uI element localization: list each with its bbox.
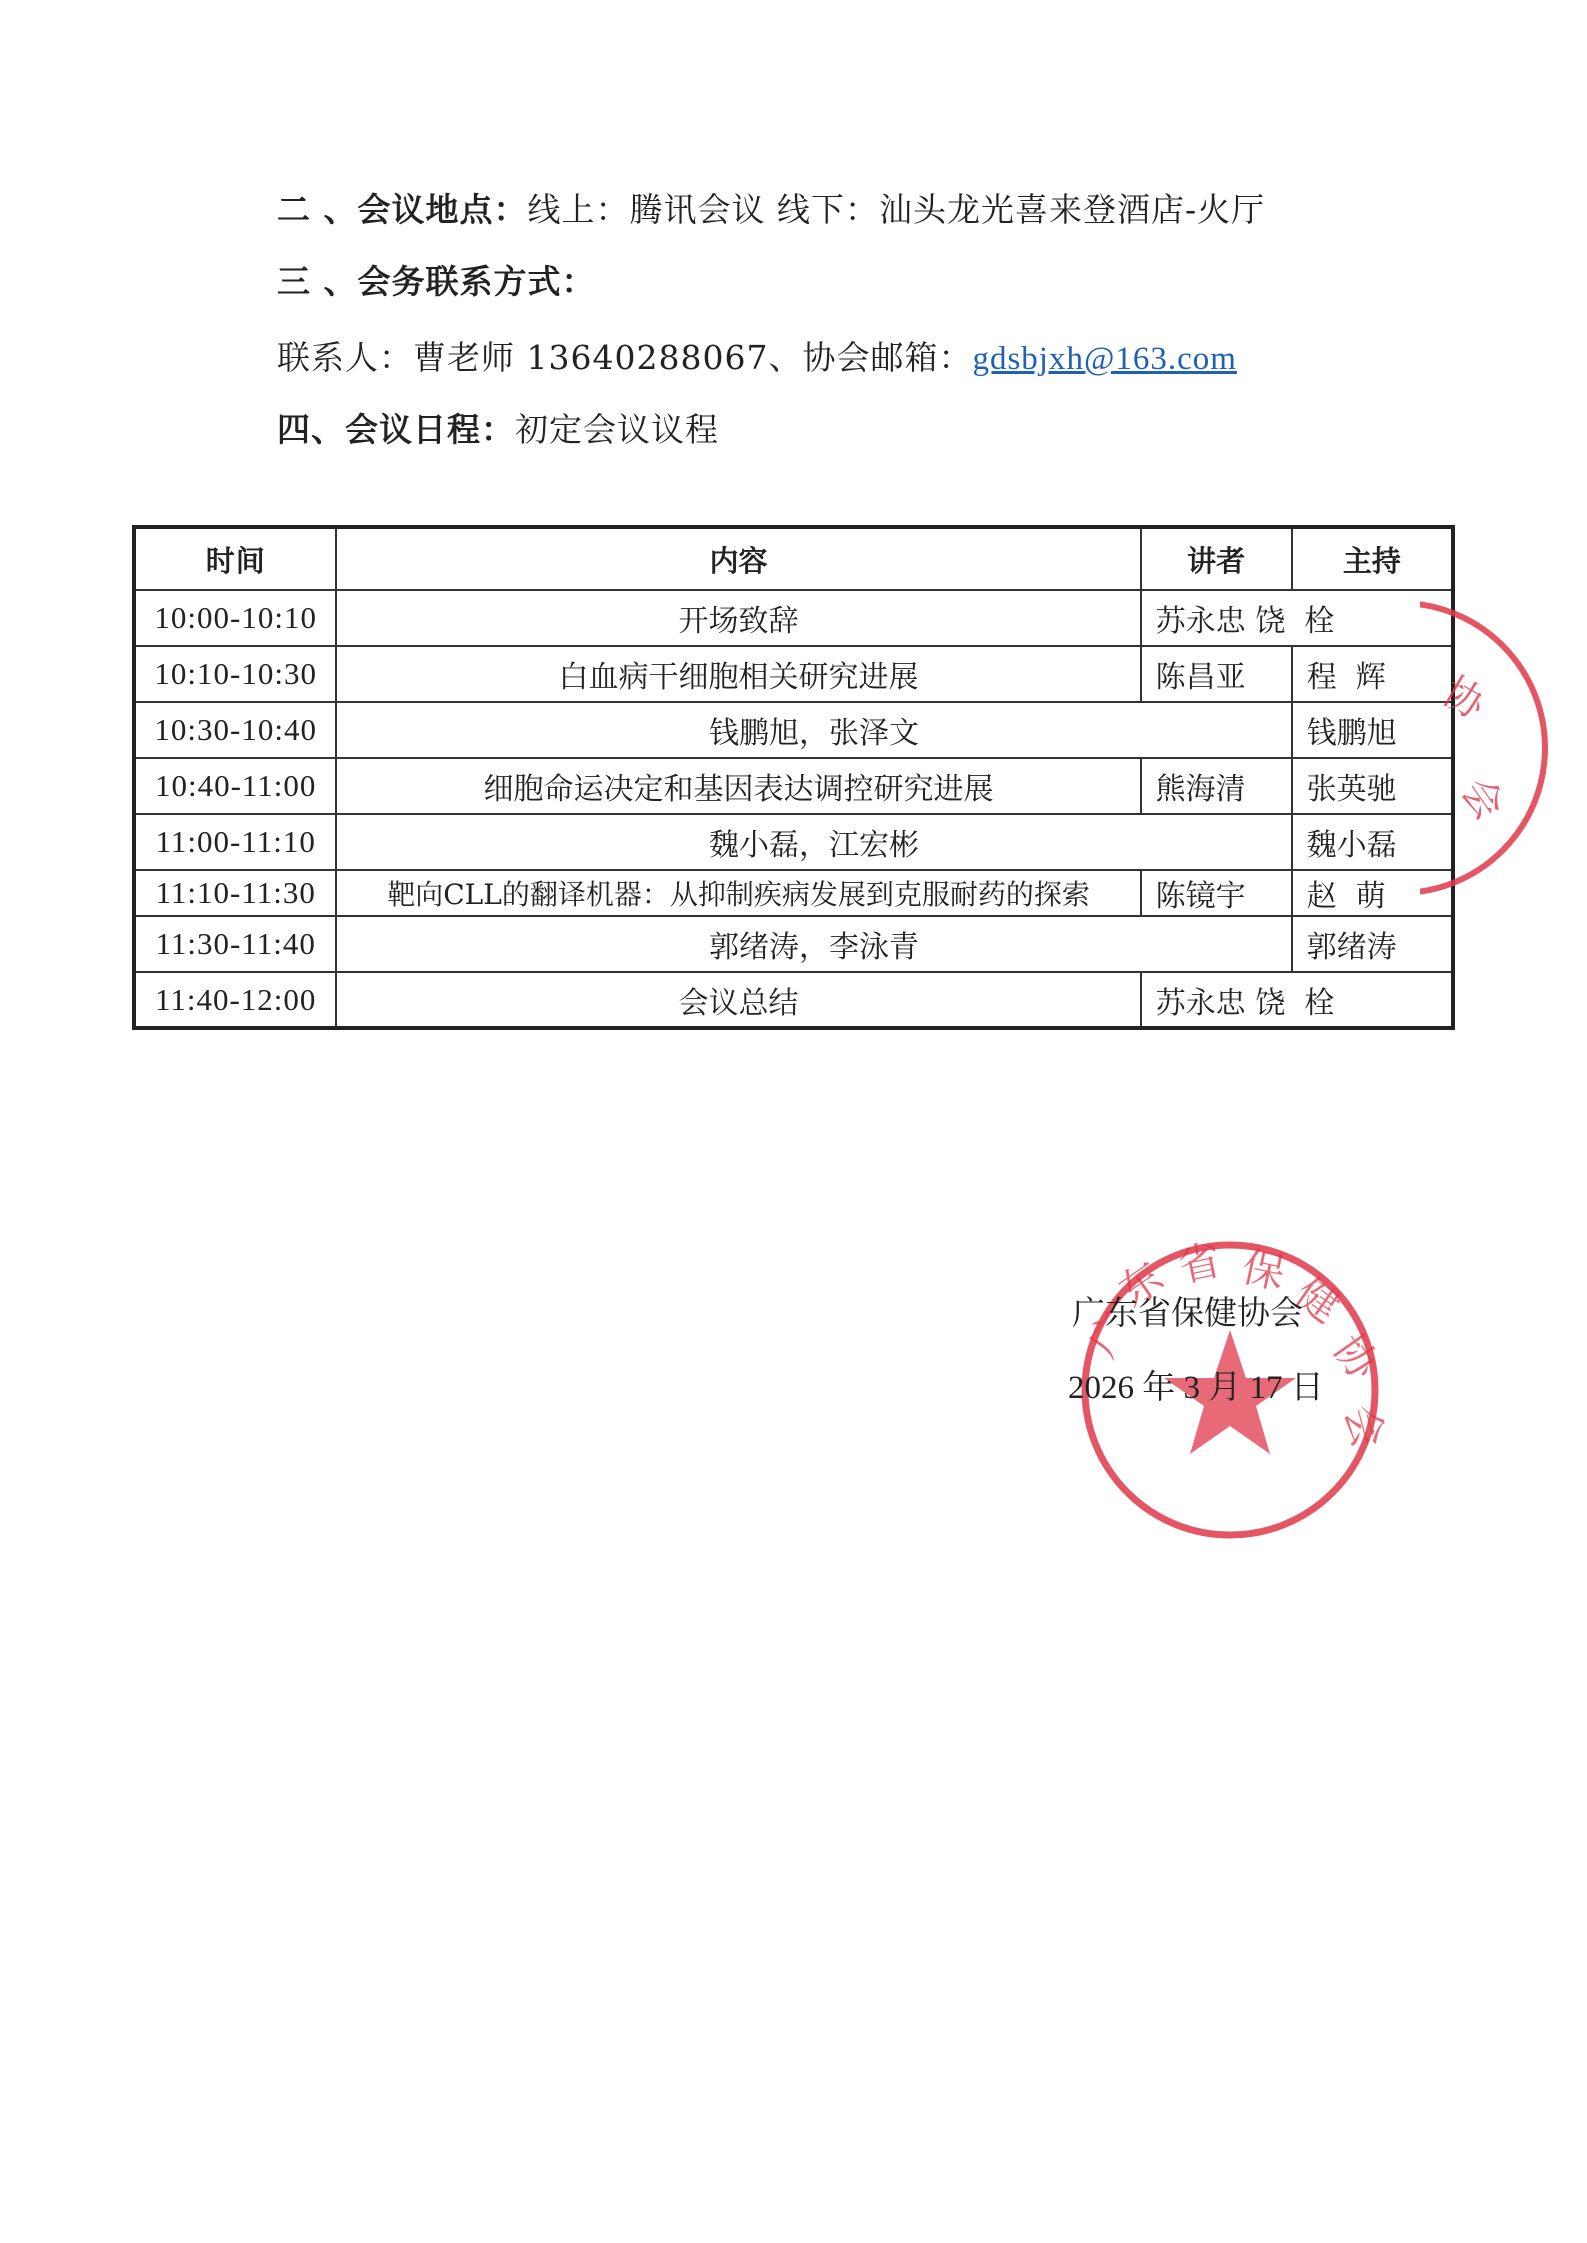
signature-organization: 广东省保健协会 <box>1072 1293 1303 1333</box>
content-cell: 郭绪涛，李泳青 <box>336 916 1291 972</box>
time-cell: 11:10-11:30 <box>134 870 336 916</box>
host-cell: 魏小磊 <box>1292 814 1453 870</box>
time-cell: 10:00-10:10 <box>134 590 336 646</box>
host-cell: 程 辉 <box>1292 646 1453 702</box>
content-cell: 靶向CLL的翻译机器：从抑制疾病发展到克服耐药的探索 <box>336 870 1140 916</box>
speaker-host-cell: 苏永忠 饶 栓 <box>1141 590 1453 646</box>
speaker-cell: 熊海清 <box>1141 758 1292 814</box>
content-cell: 白血病干细胞相关研究进展 <box>336 646 1140 702</box>
table-row: 11:40-12:00 会议总结 苏永忠 饶 栓 <box>134 972 1453 1028</box>
time-cell: 10:10-10:30 <box>134 646 336 702</box>
time-cell: 10:40-11:00 <box>134 758 336 814</box>
svg-text:省: 省 <box>1174 1235 1225 1292</box>
venue-label: 二 、会议地点： <box>277 190 528 229</box>
table-row: 10:10-10:30 白血病干细胞相关研究进展 陈昌亚 程 辉 <box>134 646 1453 702</box>
svg-text:协: 协 <box>1324 1326 1389 1390</box>
venue-line: 二 、会议地点：线上：腾讯会议 线下：汕头龙光喜来登酒店-火厅 <box>277 190 1265 230</box>
svg-text:保: 保 <box>1238 1242 1289 1299</box>
contact-text: 联系人：曹老师 13640288067、协会邮箱： <box>277 338 972 377</box>
table-row: 10:40-11:00 细胞命运决定和基因表达调控研究进展 熊海清 张英驰 <box>134 758 1453 814</box>
content-cell: 钱鹏旭，张泽文 <box>336 702 1291 758</box>
header-host: 主持 <box>1292 527 1453 590</box>
signature-date: 2026 年 3 月 17 日 <box>1068 1368 1324 1408</box>
speaker-host-cell: 苏永忠 饶 栓 <box>1141 972 1453 1028</box>
table-row: 10:30-10:40 钱鹏旭，张泽文 钱鹏旭 <box>134 702 1453 758</box>
contact-label: 三 、会务联系方式： <box>277 262 596 301</box>
table-header-row: 时间 内容 讲者 主持 <box>134 527 1453 590</box>
venue-text: 线上：腾讯会议 线下：汕头龙光喜来登酒店-火厅 <box>528 190 1266 229</box>
host-cell: 赵 萌 <box>1292 870 1453 916</box>
table-row: 11:00-11:10 魏小磊，江宏彬 魏小磊 <box>134 814 1453 870</box>
speaker-cell: 陈昌亚 <box>1141 646 1292 702</box>
contact-line: 联系人：曹老师 13640288067、协会邮箱：gdsbjxh@163.com <box>277 338 1237 379</box>
header-content: 内容 <box>336 527 1140 590</box>
contact-heading: 三 、会务联系方式： <box>277 262 596 302</box>
content-cell: 会议总结 <box>336 972 1140 1028</box>
table-row: 11:30-11:40 郭绪涛，李泳青 郭绪涛 <box>134 916 1453 972</box>
email-link[interactable]: gdsbjxh@163.com <box>972 341 1236 377</box>
table-row: 10:00-10:10 开场致辞 苏永忠 饶 栓 <box>134 590 1453 646</box>
host-cell: 郭绪涛 <box>1292 916 1453 972</box>
time-cell: 11:00-11:10 <box>134 814 336 870</box>
host-cell: 张英驰 <box>1292 758 1453 814</box>
agenda-table: 时间 内容 讲者 主持 10:00-10:10 开场致辞 苏永忠 饶 栓 10:… <box>132 525 1455 1030</box>
schedule-text: 初定会议议程 <box>515 410 719 449</box>
header-time: 时间 <box>134 527 336 590</box>
time-cell: 11:30-11:40 <box>134 916 336 972</box>
speaker-cell: 陈镜宇 <box>1141 870 1292 916</box>
header-speaker: 讲者 <box>1141 527 1292 590</box>
host-cell: 钱鹏旭 <box>1292 702 1453 758</box>
svg-text:会: 会 <box>1335 1400 1390 1453</box>
schedule-label: 四、会议日程： <box>277 410 515 449</box>
content-cell: 细胞命运决定和基因表达调控研究进展 <box>336 758 1140 814</box>
content-cell: 开场致辞 <box>336 590 1140 646</box>
time-cell: 11:40-12:00 <box>134 972 336 1028</box>
svg-text:会: 会 <box>1452 769 1513 828</box>
table-row: 11:10-11:30 靶向CLL的翻译机器：从抑制疾病发展到克服耐药的探索 陈… <box>134 870 1453 916</box>
content-cell: 魏小磊，江宏彬 <box>336 814 1291 870</box>
schedule-heading: 四、会议日程：初定会议议程 <box>277 410 719 450</box>
time-cell: 10:30-10:40 <box>134 702 336 758</box>
